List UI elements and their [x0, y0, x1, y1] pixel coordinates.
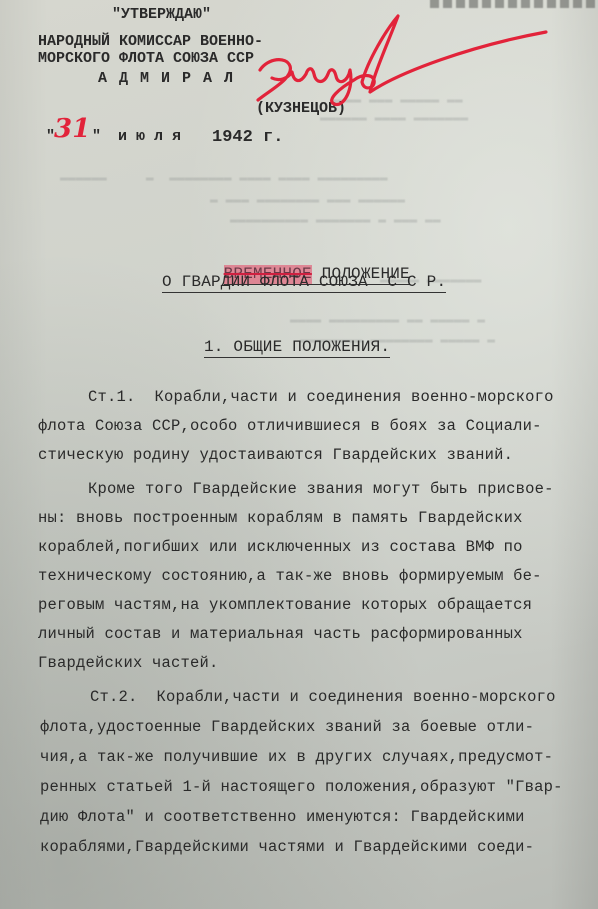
article1-line: ны: вновь построенным кораблям в память … [38, 509, 523, 527]
red-signature-icon [250, 8, 570, 118]
approver-title-line2: МОРСКОГО ФЛОТА СОЮЗА ССР [38, 50, 254, 67]
article1-line: реговым частям,на укомплектование которы… [38, 596, 532, 614]
article1-line: Ст.1. Корабли,части и соединения военно-… [88, 388, 554, 406]
article2-line: чия,а так-же получившие их в других случ… [40, 748, 553, 766]
previous-page-edge-text [430, 0, 598, 8]
article2-line: Ст.2. Корабли,части и соединения военно-… [90, 688, 556, 706]
article1-line: техническому состоянию,а так-же вновь фо… [38, 567, 542, 585]
approver-title-line1: НАРОДНЫЙ КОМИССАР ВОЕННО- [38, 33, 263, 50]
article2-line: кораблями,Гвардейскими частями и Гвардей… [40, 838, 534, 856]
article1-line: стическую родину удостаиваются Гвардейск… [38, 446, 513, 464]
bleed-through-text: ▬ ▬▬▬ ▬▬▬▬▬▬▬▬ ▬▬▬ ▬▬▬▬▬▬ [210, 192, 405, 207]
bleed-through-text: ▬▬▬▬▬▬ ▬ ▬▬▬▬▬▬▬▬ ▬▬▬▬ ▬▬▬▬ ▬▬▬▬▬▬▬▬▬ [60, 170, 388, 185]
date-month: июля [118, 128, 190, 145]
approver-rank: АДМИРАЛ [98, 70, 245, 87]
bleed-through-text: ▬▬▬▬ ▬▬▬▬▬▬▬▬▬ ▬▬ ▬▬▬▬▬ ▬ [290, 312, 485, 327]
article1-line: личный состав и материальная часть расфо… [38, 625, 523, 643]
article1-line: Гвардейских частей. [38, 654, 219, 672]
date-day-handwritten: 31 [54, 114, 91, 144]
article2-line: флота,удостоенные Гвардейских званий за … [40, 718, 534, 736]
approved-label: "УТВЕРЖДАЮ" [112, 6, 211, 23]
article1-line: кораблей,погибших или исключенных из сос… [38, 538, 523, 556]
bleed-through-text: ▬▬▬▬▬▬▬▬▬▬ ▬▬▬▬▬▬▬ ▬ ▬▬▬ ▬▬ [230, 212, 441, 227]
article2-line: дию Флота" и соответственно именуются: Г… [40, 808, 525, 826]
date-year: 1942 г. [212, 128, 283, 147]
article1-line: флота Союза ССР,особо отличившиеся в боя… [38, 417, 542, 435]
date-close-quote: " [92, 128, 101, 145]
article2-line: ренных статьей 1-й настоящего положения,… [40, 778, 563, 796]
section-1-heading: 1. ОБЩИЕ ПОЛОЖЕНИЯ. [204, 338, 390, 358]
document-title-line2: О ГВАРДИИ ФЛОТА СОЮЗА С С Р. [162, 273, 446, 293]
article1-line: Кроме того Гвардейские звания могут быть… [88, 480, 554, 498]
